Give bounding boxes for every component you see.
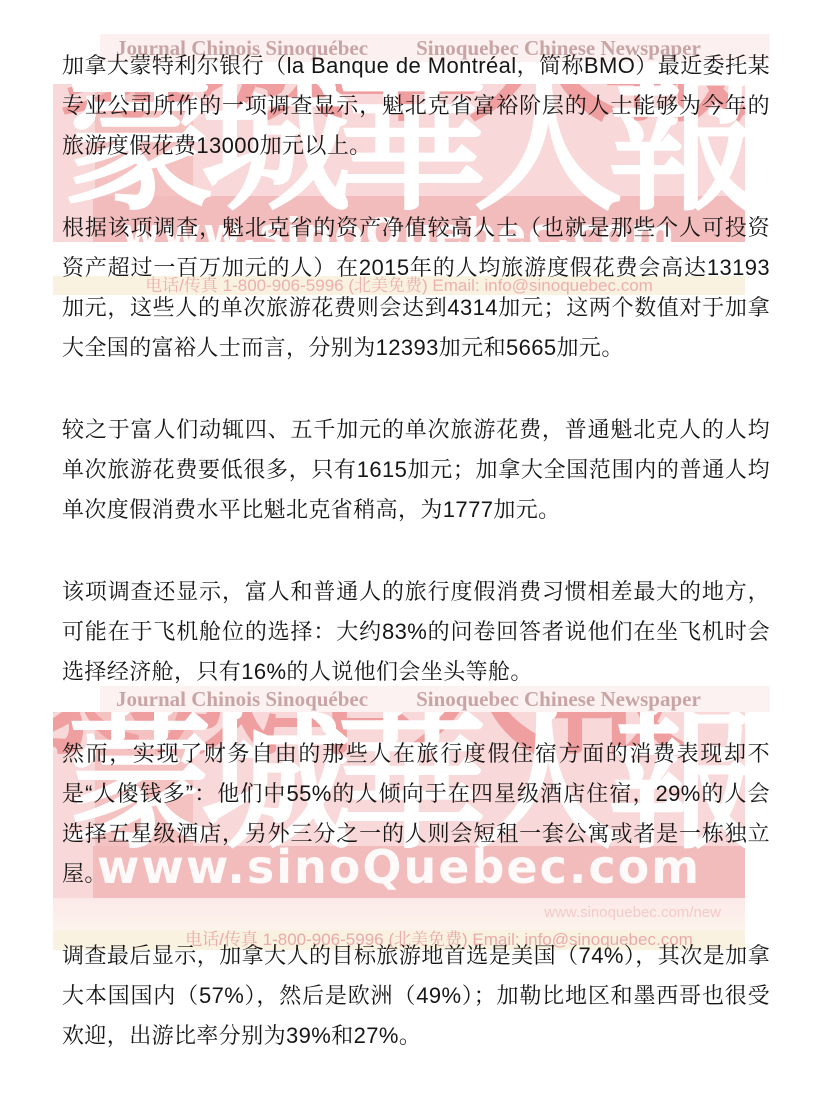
article-body: 加拿大蒙特利尔银行（la Banque de Montréal，简称BMO）最近…: [62, 46, 770, 1098]
article-paragraph-5: 然而，实现了财务自由的那些人在旅行度假住宿方面的消费表现却不是“人傻钱多”：他们…: [62, 734, 770, 894]
article-paragraph-1: 加拿大蒙特利尔银行（la Banque de Montréal，简称BMO）最近…: [62, 46, 770, 166]
article-paragraph-2: 根据该项调查，魁北克省的资产净值较高人士（也就是那些个人可投资资产超过一百万加元…: [62, 208, 770, 368]
article-paragraph-6: 调查最后显示，加拿大人的目标旅游地首选是美国（74%），其次是加拿大本国国内（5…: [62, 936, 770, 1056]
page: Journal Chinois Sinoquébec Sinoquebec Ch…: [0, 0, 840, 1100]
article-paragraph-3: 较之于富人们动辄四、五千加元的单次旅游花费，普通魁北克人的人均单次旅游花费要低很…: [62, 410, 770, 530]
article-paragraph-4: 该项调查还显示，富人和普通人的旅行度假消费习惯相差最大的地方，可能在于飞机舱位的…: [62, 572, 770, 692]
